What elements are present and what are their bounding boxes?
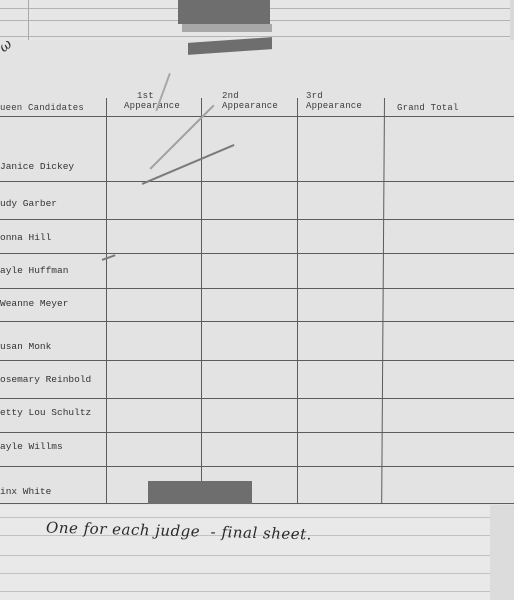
header-first-line1: 1st (137, 91, 154, 101)
ruled-line (0, 555, 490, 556)
tape-piece (148, 481, 252, 504)
grid-line (0, 181, 514, 182)
header-first-line2: Appearance (124, 101, 180, 111)
grid-line (0, 253, 514, 254)
grid-line (0, 321, 514, 322)
grid-line (0, 503, 514, 504)
candidate-name: Weanne Meyer (0, 298, 68, 309)
grid-line (0, 466, 514, 467)
column-divider (297, 98, 298, 503)
header-third-line2: Appearance (306, 101, 362, 111)
column-divider (106, 98, 107, 503)
ruled-line (0, 573, 490, 574)
background-strip (490, 505, 514, 600)
candidate-name: ayle Huffman (0, 265, 68, 276)
grid-line (0, 219, 514, 220)
header-second-line1: 2nd (222, 91, 239, 101)
candidate-name: inx White (0, 486, 51, 497)
grid-line (0, 398, 514, 399)
margin-line (28, 0, 29, 40)
header-candidates: ueen Candidates (0, 103, 84, 113)
header-second-line2: Appearance (222, 101, 278, 111)
candidate-name: usan Monk (0, 341, 51, 352)
candidate-name: osemary Reinbold (0, 374, 91, 385)
grid-line (0, 360, 514, 361)
header-grand-total: Grand Total (397, 103, 459, 113)
candidate-name: Janice Dickey (0, 161, 74, 172)
grid-line (0, 432, 514, 433)
candidate-name: udy Garber (0, 198, 57, 209)
ruled-line (0, 36, 510, 37)
tape-piece (182, 24, 272, 32)
ruled-line (0, 591, 490, 592)
candidate-name: etty Lou Schultz (0, 407, 91, 418)
grid-line (0, 288, 514, 289)
candidate-name: onna Hill (0, 232, 51, 243)
header-third-line1: 3rd (306, 91, 323, 101)
tape-piece (178, 0, 270, 24)
candidate-name: ayle Willms (0, 441, 63, 452)
ruled-line (0, 517, 490, 518)
grid-line (0, 116, 514, 117)
